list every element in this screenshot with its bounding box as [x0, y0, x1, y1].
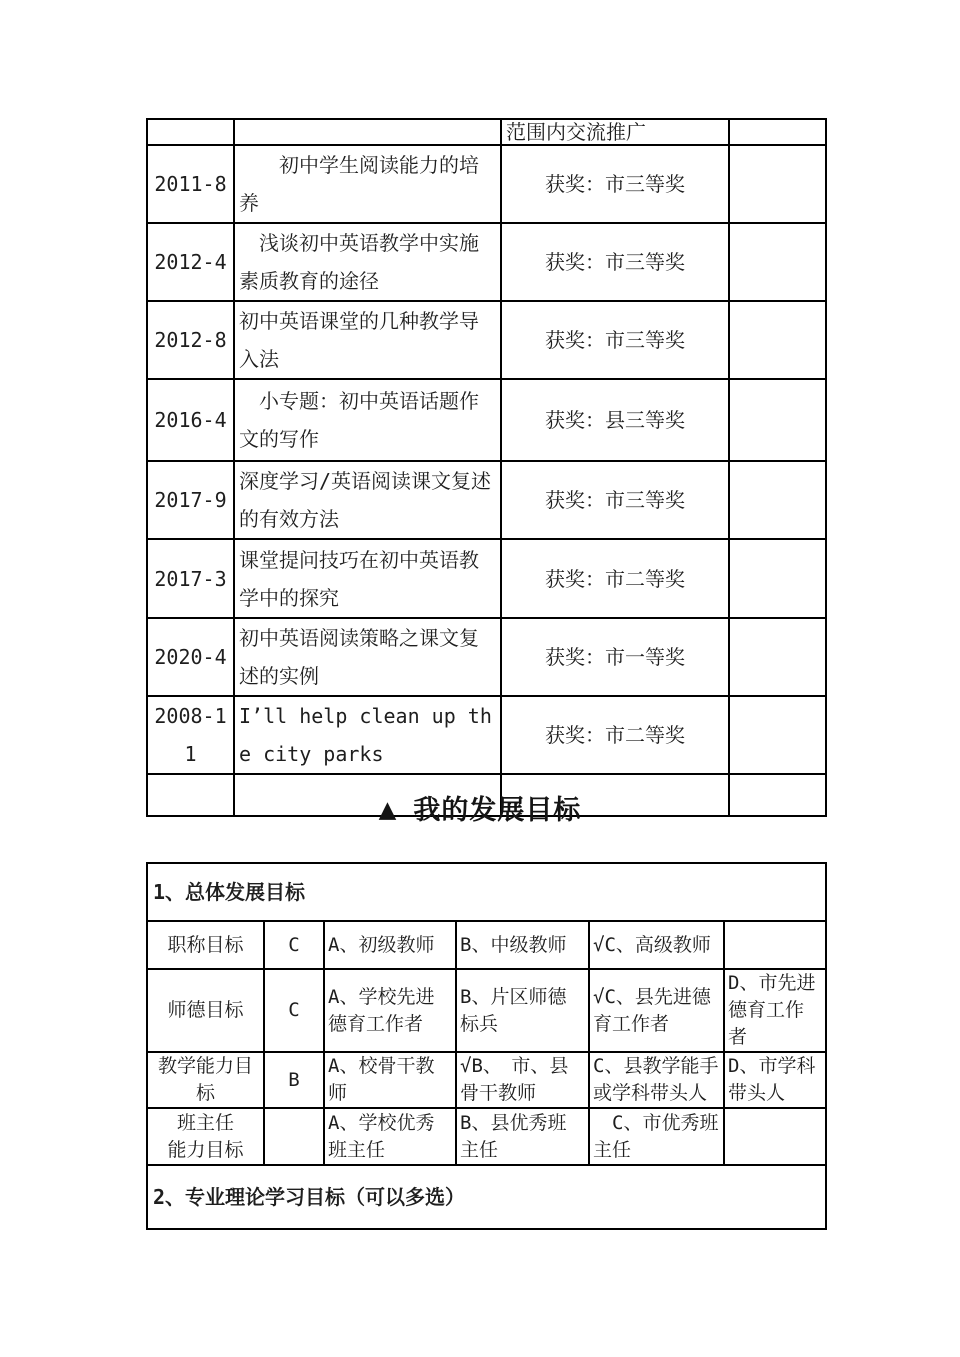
- table-row: 班主任 能力目标 A、学校优秀班主任 B、县优秀班主任 C、市优秀班主任: [147, 1108, 826, 1165]
- award-note-cell: [729, 223, 826, 301]
- table-row: 2012-4 浅谈初中英语教学中实施素质教育的途径 获奖：市三等奖: [147, 223, 826, 301]
- goal-option-c-cell: C、县教学能手或学科带头人: [589, 1052, 724, 1108]
- table-row: 教学能力目 标 B A、校骨干教师 √B、 市、县骨干教师 C、县教学能手或学科…: [147, 1052, 826, 1108]
- goal-choice-cell: [264, 1108, 324, 1165]
- award-title-cell: 小专题：初中英语话题作文的写作: [234, 379, 501, 461]
- goal-option-a-cell: A、学校优秀班主任: [324, 1108, 456, 1165]
- award-note-cell: [729, 461, 826, 539]
- goal-option-a-cell: A、初级教师: [324, 921, 456, 969]
- award-date-cell: 2008-11: [147, 696, 234, 774]
- development-goals-table: 1、总体发展目标 职称目标 C A、初级教师 B、中级教师 √C、高级教师 师德…: [146, 862, 827, 1230]
- award-result-cell: 获奖：市三等奖: [501, 461, 729, 539]
- table-row: 2012-8 初中英语课堂的几种教学导入法 获奖：市三等奖: [147, 301, 826, 379]
- document-page: 范围内交流推广 2011-8 初中学生阅读能力的培养 获奖：市三等奖 2012-…: [0, 0, 960, 1357]
- goal-option-b-cell: B、中级教师: [456, 921, 589, 969]
- award-date-cell: [147, 119, 234, 145]
- goal-label-cell: 师德目标: [147, 969, 264, 1052]
- award-result-cell: 获奖：市二等奖: [501, 539, 729, 618]
- table-row: 2017-9 深度学习/英语阅读课文复述的有效方法 获奖：市三等奖: [147, 461, 826, 539]
- goal-option-c-cell: √C、县先进德育工作者: [589, 969, 724, 1052]
- goals-section1-title-cell: 1、总体发展目标: [147, 863, 826, 921]
- table-row: 师德目标 C A、学校先进德育工作者 B、片区师德标兵 √C、县先进德育工作者 …: [147, 969, 826, 1052]
- goal-option-b-cell: B、片区师德标兵: [456, 969, 589, 1052]
- award-title-cell: 浅谈初中英语教学中实施素质教育的途径: [234, 223, 501, 301]
- goal-option-d-cell: [724, 921, 826, 969]
- award-title-cell: 初中英语阅读策略之课文复述的实例: [234, 618, 501, 696]
- award-date-cell: 2011-8: [147, 145, 234, 223]
- award-title-cell: 深度学习/英语阅读课文复述的有效方法: [234, 461, 501, 539]
- award-note-cell: [729, 539, 826, 618]
- award-note-cell: [729, 119, 826, 145]
- award-date-cell: 2016-4: [147, 379, 234, 461]
- award-note-cell: [729, 301, 826, 379]
- goal-label-cell: 班主任 能力目标: [147, 1108, 264, 1165]
- award-note-cell: [729, 379, 826, 461]
- table-row: 2011-8 初中学生阅读能力的培养 获奖：市三等奖: [147, 145, 826, 223]
- goal-choice-cell: B: [264, 1052, 324, 1108]
- award-title-cell: 课堂提问技巧在初中英语教学中的探究: [234, 539, 501, 618]
- table-row: 职称目标 C A、初级教师 B、中级教师 √C、高级教师: [147, 921, 826, 969]
- award-result-cell: 获奖：县三等奖: [501, 379, 729, 461]
- award-note-cell: [729, 145, 826, 223]
- goal-choice-cell: C: [264, 921, 324, 969]
- goal-choice-cell: C: [264, 969, 324, 1052]
- table-row: 1、总体发展目标: [147, 863, 826, 921]
- table-row: 2016-4 小专题：初中英语话题作文的写作 获奖：县三等奖: [147, 379, 826, 461]
- award-result-cell: 获奖：市一等奖: [501, 618, 729, 696]
- goal-label-cell: 职称目标: [147, 921, 264, 969]
- goal-option-b-cell: √B、 市、县骨干教师: [456, 1052, 589, 1108]
- award-title-cell: 初中英语课堂的几种教学导入法: [234, 301, 501, 379]
- award-result-cell: 范围内交流推广: [501, 119, 729, 145]
- section-heading: ▲我的发展目标: [0, 788, 960, 827]
- table-row: 2008-11 I’ll help clean up the city park…: [147, 696, 826, 774]
- table-row: 范围内交流推广: [147, 119, 826, 145]
- award-title-cell: [234, 119, 501, 145]
- award-note-cell: [729, 696, 826, 774]
- table-row: 2017-3 课堂提问技巧在初中英语教学中的探究 获奖：市二等奖: [147, 539, 826, 618]
- goal-option-d-cell: [724, 1108, 826, 1165]
- award-result-cell: 获奖：市二等奖: [501, 696, 729, 774]
- goals-section2-title-cell: 2、专业理论学习目标（可以多选）: [147, 1165, 826, 1229]
- table-row: 2020-4 初中英语阅读策略之课文复述的实例 获奖：市一等奖: [147, 618, 826, 696]
- goal-option-a-cell: A、学校先进德育工作者: [324, 969, 456, 1052]
- table-row: 2、专业理论学习目标（可以多选）: [147, 1165, 826, 1229]
- goal-option-c-cell: C、市优秀班主任: [589, 1108, 724, 1165]
- award-date-cell: 2017-9: [147, 461, 234, 539]
- goal-label-cell: 教学能力目 标: [147, 1052, 264, 1108]
- goal-option-d-cell: D、市先进德育工作者: [724, 969, 826, 1052]
- award-date-cell: 2012-4: [147, 223, 234, 301]
- section-heading-text: 我的发展目标: [413, 795, 581, 826]
- goal-option-a-cell: A、校骨干教师: [324, 1052, 456, 1108]
- award-result-cell: 获奖：市三等奖: [501, 145, 729, 223]
- award-date-cell: 2020-4: [147, 618, 234, 696]
- goal-option-b-cell: B、县优秀班主任: [456, 1108, 589, 1165]
- award-note-cell: [729, 618, 826, 696]
- goal-option-d-cell: D、市学科带头人: [724, 1052, 826, 1108]
- award-result-cell: 获奖：市三等奖: [501, 223, 729, 301]
- award-title-cell: I’ll help clean up the city parks: [234, 696, 501, 774]
- award-title-cell: 初中学生阅读能力的培养: [234, 145, 501, 223]
- award-date-cell: 2017-3: [147, 539, 234, 618]
- triangle-icon: ▲: [379, 797, 398, 823]
- award-date-cell: 2012-8: [147, 301, 234, 379]
- awards-table: 范围内交流推广 2011-8 初中学生阅读能力的培养 获奖：市三等奖 2012-…: [146, 118, 827, 817]
- award-result-cell: 获奖：市三等奖: [501, 301, 729, 379]
- goal-option-c-cell: √C、高级教师: [589, 921, 724, 969]
